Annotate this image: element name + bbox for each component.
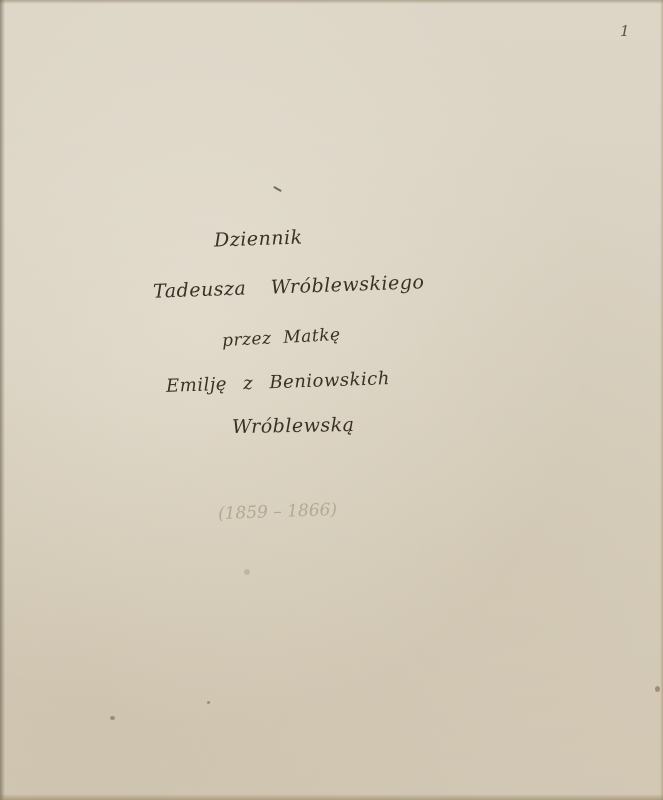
folio-number: 1 xyxy=(620,22,630,40)
title-line-dziennik: Dziennik xyxy=(214,226,303,251)
paper-speck xyxy=(655,686,660,692)
title-line-author: Emilję z Beniowskich xyxy=(166,368,391,397)
title-line-surname: Wróblewską xyxy=(232,414,355,438)
manuscript-page: 1 Dziennik Tadeusza Wróblewskiego przez … xyxy=(0,0,663,800)
paper-speck xyxy=(110,716,115,720)
page-edge-left xyxy=(0,0,5,800)
ink-mark xyxy=(273,186,282,192)
page-edge-bottom xyxy=(0,794,663,800)
page-edge-top xyxy=(0,0,663,4)
title-line-name: Tadeusza Wróblewskiego xyxy=(153,271,425,302)
pencil-date-range: (1859 – 1866) xyxy=(218,500,338,524)
paper-speck xyxy=(207,701,210,704)
paper-speck xyxy=(244,569,250,575)
title-line-by: przez Matkę xyxy=(222,325,342,351)
